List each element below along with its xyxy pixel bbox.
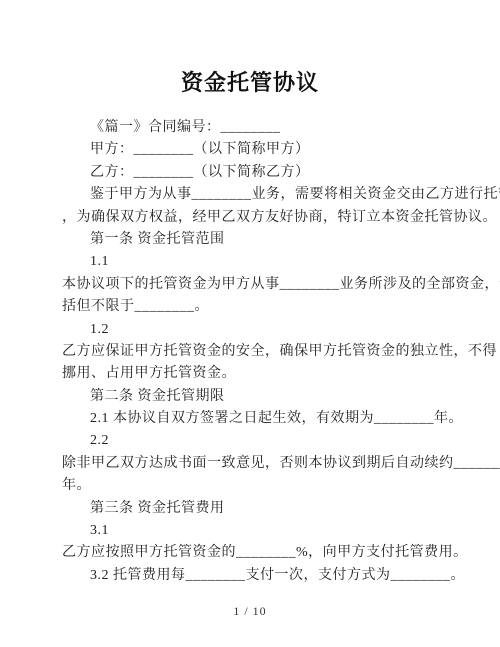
document-title: 资金托管协议 (0, 66, 500, 97)
document-body: 《篇一》合同编号：________ 甲方：________（以下简称甲方） 乙方… (62, 117, 442, 587)
clause-number-1-2: 1.2 (62, 319, 442, 341)
party-a-line: 甲方：________（以下简称甲方） (62, 139, 442, 161)
clause-text: 乙方应保证甲方托管资金的安全，确保甲方托管资金的独立性，不得 (62, 341, 442, 363)
clause-text: 本协议项下的托管资金为甲方从事________业务所涉及的全部资金，包 (62, 274, 442, 296)
clause-text: 挪用、占用甲方托管资金。 (62, 363, 442, 385)
document-page: 资金托管协议 《篇一》合同编号：________ 甲方：________（以下简… (0, 0, 500, 647)
section-heading-2: 第二条 资金托管期限 (62, 386, 442, 408)
clause-text: 括但不限于________。 (62, 296, 442, 318)
preamble-line: ，为确保双方权益，经甲乙双方友好协商，特订立本资金托管协议。 (62, 207, 442, 229)
clause-text: 除非甲乙双方达成书面一致意见，否则本协议到期后自动续约________ (62, 453, 442, 475)
section-heading-3: 第三条 资金托管费用 (62, 498, 442, 520)
contract-line-number: 《篇一》合同编号：________ (62, 117, 442, 139)
page-number: 1 / 10 (0, 604, 500, 619)
clause-number-2-2: 2.2 (62, 430, 442, 452)
clause-text: 年。 (62, 475, 442, 497)
party-b-line: 乙方：________（以下简称乙方） (62, 162, 442, 184)
clause-3-2: 3.2 托管费用每________支付一次，支付方式为________。 (62, 565, 442, 587)
preamble-line: 鉴于甲方为从事________业务，需要将相关资金交由乙方进行托管 (62, 184, 442, 206)
clause-text: 乙方应按照甲方托管资金的________%，向甲方支付托管费用。 (62, 542, 442, 564)
clause-2-1: 2.1 本协议自双方签署之日起生效，有效期为________年。 (62, 408, 442, 430)
section-heading-1: 第一条 资金托管范围 (62, 229, 442, 251)
clause-number-3-1: 3.1 (62, 520, 442, 542)
clause-number-1-1: 1.1 (62, 251, 442, 273)
